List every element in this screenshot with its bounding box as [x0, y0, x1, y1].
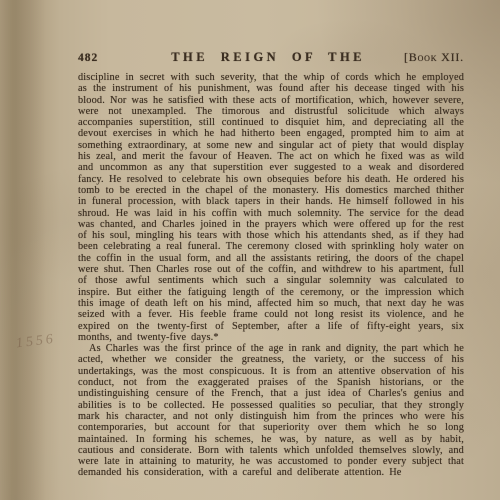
- body-paragraph-2: As Charles was the first prince of the a…: [78, 343, 464, 479]
- page-content: 482 THE REIGN OF THE [Book XII. discipli…: [78, 50, 464, 479]
- binding-gutter-shadow: [0, 0, 46, 500]
- book-chapter-label: [Book XII.: [404, 50, 464, 65]
- scanned-book-page: 1556 482 THE REIGN OF THE [Book XII. dis…: [0, 0, 500, 500]
- body-paragraph-1: discipline in secret with such severity,…: [78, 72, 464, 343]
- margin-annotation-handwritten: 1556: [15, 332, 57, 353]
- page-number: 482: [78, 52, 98, 64]
- running-header: 482 THE REIGN OF THE [Book XII.: [78, 50, 464, 65]
- running-title: THE REIGN OF THE: [171, 50, 365, 65]
